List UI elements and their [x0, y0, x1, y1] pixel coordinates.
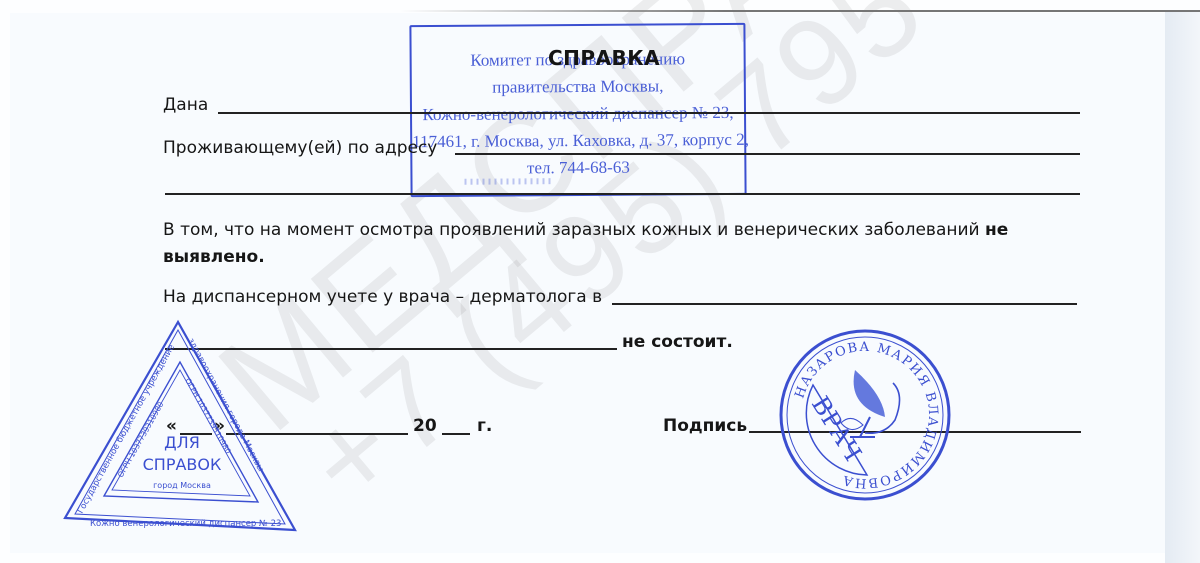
triangular-stamp: Государственное бюджетное учреждение здр…	[60, 318, 300, 533]
statement-part-1: В том, что на момент осмотра проявлений …	[163, 220, 985, 240]
document-title: СПРАВКА	[548, 46, 660, 70]
round-doctor-stamp: НАЗАРОВА МАРИЯ ВЛАДИМИРОВНА ВРАЧ	[775, 325, 955, 505]
address-label: Проживающему(ей) по адресу	[163, 138, 437, 158]
given-to-field[interactable]	[218, 112, 1080, 114]
triangle-stamp-bottom-text: Кожно венерологический диспансер № 23	[90, 519, 281, 529]
statement-emphasis: не	[985, 220, 1008, 240]
stamp-ink-dots	[464, 178, 554, 185]
paper-shadow	[1165, 12, 1200, 563]
statement-result: выявлено.	[163, 247, 265, 267]
date-year-field[interactable]	[442, 433, 470, 435]
signature-label: Подпись	[663, 416, 747, 436]
registry-clinic-field[interactable]	[612, 303, 1077, 305]
registry-label: На диспансерном учете у врача – дерматол…	[163, 287, 602, 307]
address-field-line-2[interactable]	[165, 193, 1080, 195]
svg-text:Кожно венерологический диспанс: Кожно венерологический диспансер № 23	[90, 519, 281, 529]
statement-text: В том, что на момент осмотра проявлений …	[163, 220, 1008, 240]
given-to-label: Дана	[163, 95, 208, 115]
triangle-stamp-main: СПРАВОК	[143, 455, 222, 474]
stamp-line: правительства Москвы,	[412, 72, 744, 101]
registry-status: не состоит.	[622, 332, 733, 352]
date-year-suffix: г.	[477, 416, 492, 436]
date-year-prefix: 20	[413, 416, 437, 436]
stamp-line: тел. 744-68-63	[412, 153, 744, 182]
triangle-stamp-top: ДЛЯ	[164, 433, 200, 452]
triangle-stamp-city: город Москва	[153, 481, 211, 490]
stamp-line: 117461, г. Москва, ул. Каховка, д. 37, к…	[412, 126, 744, 155]
address-field[interactable]	[455, 153, 1080, 155]
